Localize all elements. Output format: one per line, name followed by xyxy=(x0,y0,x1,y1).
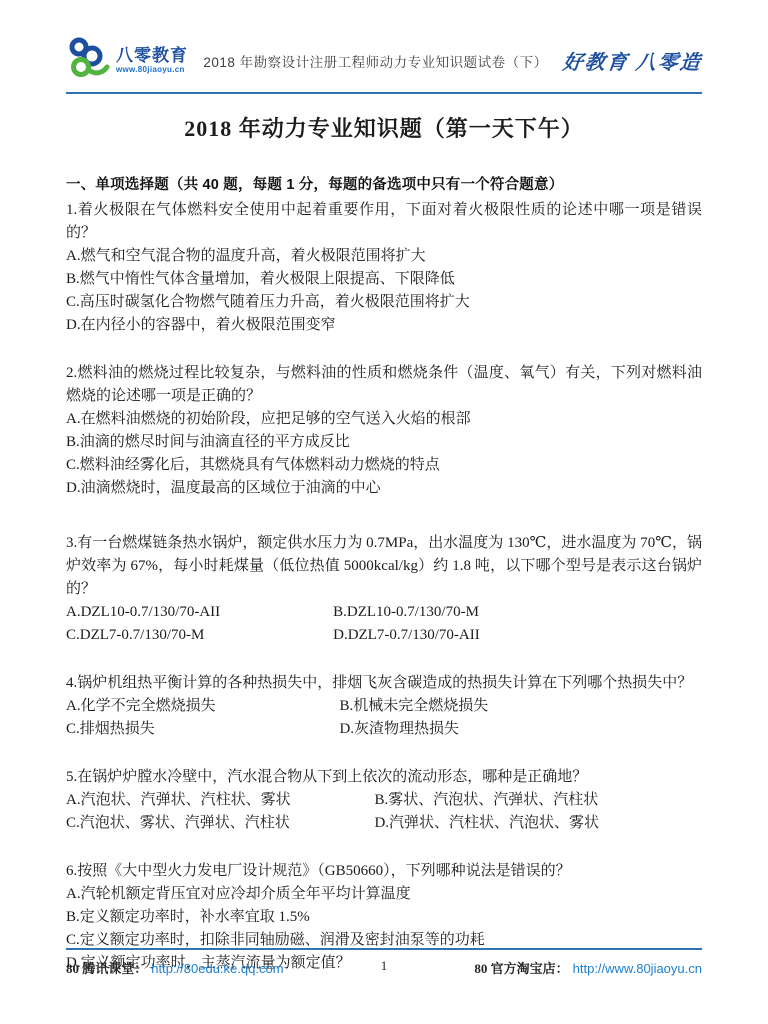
footer-left: 80 腾讯课堂： http://80edu.ke.qq.com xyxy=(66,958,284,977)
question-1: 1.着火极限在气体燃料安全使用中起着重要作用，下面对着火极限性质的论述中哪一项是… xyxy=(66,199,702,337)
option-c: C.DZL7-0.7/130/70-M xyxy=(66,624,333,647)
option-b: B.燃气中惰性气体含量增加，着火极限上限提高、下限降低 xyxy=(66,268,702,291)
question-text: 2.燃料油的燃烧过程比较复杂，与燃料油的性质和燃烧条件（温度、氧气）有关，下列对… xyxy=(66,362,702,408)
option-d: D.在内径小的容器中，着火极限范围变窄 xyxy=(66,314,702,337)
option-b: B.定义额定功率时，补水率宜取 1.5% xyxy=(66,906,702,929)
exam-page: 八零教育 www.80jiaoyu.cn 2018 年勘察设计注册工程师动力专业… xyxy=(0,0,768,1024)
option-a: A.化学不完全燃烧损失 xyxy=(66,695,339,718)
footer-right-link[interactable]: http://www.80jiaoyu.cn xyxy=(573,961,702,976)
option-d: D.汽弹状、汽柱状、汽泡状、雾状 xyxy=(374,812,702,835)
question-text: 4.锅炉机组热平衡计算的各种热损失中，排烟飞灰含碳造成的热损失计算在下列哪个热损… xyxy=(66,672,702,695)
option-a: A.在燃料油燃烧的初始阶段，应把足够的空气送入火焰的根部 xyxy=(66,408,702,431)
option-c: C.燃料油经雾化后，其燃烧具有气体燃料动力燃烧的特点 xyxy=(66,454,702,477)
question-text: 3.有一台燃煤链条热水锅炉，额定供水压力为 0.7MPa，出水温度为 130℃，… xyxy=(66,532,702,601)
footer-left-link[interactable]: http://80edu.ke.qq.com xyxy=(151,961,283,976)
option-a: A.DZL10-0.7/130/70-AII xyxy=(66,601,333,624)
brand-name: 八零教育 xyxy=(116,47,188,64)
option-d: D.灰渣物理热损失 xyxy=(339,718,702,741)
option-b: B.机械未完全燃烧损失 xyxy=(339,695,702,718)
option-c: C.汽泡状、雾状、汽弹状、汽柱状 xyxy=(66,812,374,835)
option-b: B.DZL10-0.7/130/70-M xyxy=(333,601,702,624)
option-c: C.排烟热损失 xyxy=(66,718,339,741)
brand-logo: 八零教育 www.80jiaoyu.cn xyxy=(66,36,188,85)
question-3: 3.有一台燃煤链条热水锅炉，额定供水压力为 0.7MPa，出水温度为 130℃，… xyxy=(66,532,702,647)
option-d: D.DZL7-0.7/130/70-AII xyxy=(333,624,702,647)
question-list: 1.着火极限在气体燃料安全使用中起着重要作用，下面对着火极限性质的论述中哪一项是… xyxy=(66,199,702,975)
header-slogan: 好教育 八零造 xyxy=(561,46,703,75)
page-title: 2018 年动力专业知识题（第一天下午） xyxy=(66,112,702,143)
brand-url: www.80jiaoyu.cn xyxy=(116,66,188,74)
option-d: D.油滴燃烧时，温度最高的区域位于油滴的中心 xyxy=(66,477,702,500)
option-b: B.雾状、汽泡状、汽弹状、汽柱状 xyxy=(374,789,702,812)
section-heading: 一、单项选择题（共 40 题，每题 1 分，每题的备选项中只有一个符合题意） xyxy=(66,173,702,194)
option-b: B.油滴的燃尽时间与油滴直径的平方成反比 xyxy=(66,431,702,454)
question-4: 4.锅炉机组热平衡计算的各种热损失中，排烟飞灰含碳造成的热损失计算在下列哪个热损… xyxy=(66,672,702,741)
brand-logo-icon xyxy=(66,36,112,85)
question-2: 2.燃料油的燃烧过程比较复杂，与燃料油的性质和燃烧条件（温度、氧气）有关，下列对… xyxy=(66,362,702,500)
page-footer: 80 腾讯课堂： http://80edu.ke.qq.com 1 80 官方淘… xyxy=(66,948,702,977)
question-5: 5.在锅炉炉膛水冷壁中，汽水混合物从下到上依次的流动形态，哪种是正确地？ A.汽… xyxy=(66,766,702,835)
footer-right: 80 官方淘宝店： http://www.80jiaoyu.cn xyxy=(474,958,702,977)
option-a: A.燃气和空气混合物的温度升高，着火极限范围将扩大 xyxy=(66,245,702,268)
question-text: 1.着火极限在气体燃料安全使用中起着重要作用，下面对着火极限性质的论述中哪一项是… xyxy=(66,199,702,245)
footer-left-label: 80 腾讯课堂： xyxy=(66,958,147,977)
option-c: C.高压时碳氢化合物燃气随着压力升高，着火极限范围将扩大 xyxy=(66,291,702,314)
footer-right-label: 80 官方淘宝店： xyxy=(474,958,568,977)
options-two-column: A.汽泡状、汽弹状、汽柱状、雾状 B.雾状、汽泡状、汽弹状、汽柱状 C.汽泡状、… xyxy=(66,789,702,835)
option-a: A.汽泡状、汽弹状、汽柱状、雾状 xyxy=(66,789,374,812)
options-two-column: A.化学不完全燃烧损失 B.机械未完全燃烧损失 C.排烟热损失 D.灰渣物理热损… xyxy=(66,695,702,741)
header-doc-title: 2018 年勘察设计注册工程师动力专业知识题试卷（下） xyxy=(188,51,563,71)
page-header: 八零教育 www.80jiaoyu.cn 2018 年勘察设计注册工程师动力专业… xyxy=(66,0,702,94)
question-text: 6.按照《大中型火力发电厂设计规范》（GB50660），下列哪种说法是错误的？ xyxy=(66,860,702,883)
question-text: 5.在锅炉炉膛水冷壁中，汽水混合物从下到上依次的流动形态，哪种是正确地？ xyxy=(66,766,702,789)
options-two-column: A.DZL10-0.7/130/70-AII B.DZL10-0.7/130/7… xyxy=(66,601,702,647)
option-a: A.汽轮机额定背压宜对应冷却介质全年平均计算温度 xyxy=(66,883,702,906)
